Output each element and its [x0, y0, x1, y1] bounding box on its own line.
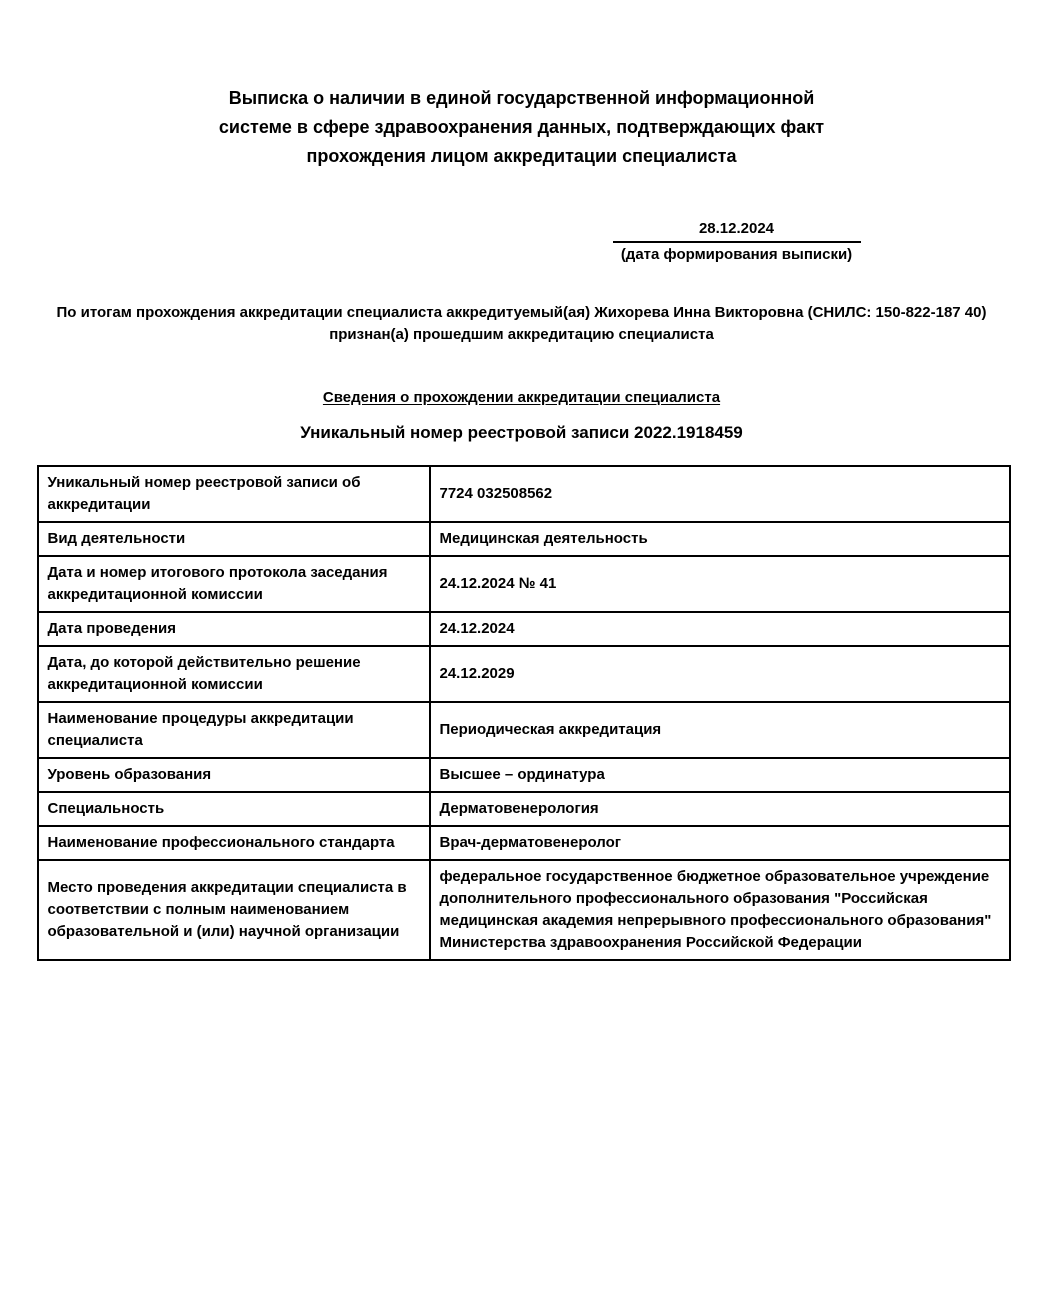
row-label-cell: Специальность — [38, 792, 430, 826]
title-line: системе в сфере здравоохранения данных, … — [37, 113, 1007, 142]
document-title: Выписка о наличии в единой государственн… — [37, 0, 1007, 171]
table-row: Дата, до которой действительно решение а… — [38, 646, 1010, 702]
row-value-cell: федеральное государственное бюджетное об… — [430, 860, 1010, 960]
row-value-cell: Периодическая аккредитация — [430, 702, 1010, 758]
formation-date: 28.12.2024 — [613, 219, 861, 243]
row-label-cell: Уровень образования — [38, 758, 430, 792]
table-row: Вид деятельности Медицинская деятельност… — [38, 522, 1010, 556]
row-value-cell: 7724 032508562 — [430, 466, 1010, 522]
registry-record-heading: Уникальный номер реестровой записи 2022.… — [37, 423, 1007, 443]
table-row: Специальность Дерматовенерология — [38, 792, 1010, 826]
row-value-cell: 24.12.2024 — [430, 612, 1010, 646]
table-row: Дата проведения 24.12.2024 — [38, 612, 1010, 646]
document-content: Выписка о наличии в единой государственн… — [37, 0, 1007, 961]
row-value-cell: Медицинская деятельность — [430, 522, 1010, 556]
table-row: Место проведения аккредитации специалист… — [38, 860, 1010, 960]
formation-date-caption: (дата формирования выписки) — [613, 243, 861, 264]
table-row: Уникальный номер реестровой записи об ак… — [38, 466, 1010, 522]
table-row: Наименование процедуры аккредитации спец… — [38, 702, 1010, 758]
table-row: Уровень образования Высшее – ординатура — [38, 758, 1010, 792]
row-label-cell: Вид деятельности — [38, 522, 430, 556]
row-value-cell: Высшее – ординатура — [430, 758, 1010, 792]
table-row: Наименование профессионального стандарта… — [38, 826, 1010, 860]
row-value-cell: 24.12.2029 — [430, 646, 1010, 702]
row-label-cell: Наименование процедуры аккредитации спец… — [38, 702, 430, 758]
row-label-cell: Дата, до которой действительно решение а… — [38, 646, 430, 702]
document-page: Выписка о наличии в единой государственн… — [0, 0, 1043, 1300]
accreditation-table: Уникальный номер реестровой записи об ак… — [37, 465, 1011, 961]
title-line: прохождения лицом аккредитации специалис… — [37, 142, 1007, 171]
section-heading: Сведения о прохождении аккредитации спец… — [37, 389, 1007, 406]
intro-paragraph: По итогам прохождения аккредитации специ… — [49, 302, 994, 346]
row-value-cell: 24.12.2024 № 41 — [430, 556, 1010, 612]
row-label-cell: Дата проведения — [38, 612, 430, 646]
row-label-cell: Уникальный номер реестровой записи об ак… — [38, 466, 430, 522]
date-block: 28.12.2024 (дата формирования выписки) — [613, 219, 861, 264]
row-value-cell: Дерматовенерология — [430, 792, 1010, 826]
row-label-cell: Дата и номер итогового протокола заседан… — [38, 556, 430, 612]
row-label-cell: Место проведения аккредитации специалист… — [38, 860, 430, 960]
table-row: Дата и номер итогового протокола заседан… — [38, 556, 1010, 612]
row-value-cell: Врач-дерматовенеролог — [430, 826, 1010, 860]
row-label-cell: Наименование профессионального стандарта — [38, 826, 430, 860]
title-line: Выписка о наличии в единой государственн… — [37, 84, 1007, 113]
